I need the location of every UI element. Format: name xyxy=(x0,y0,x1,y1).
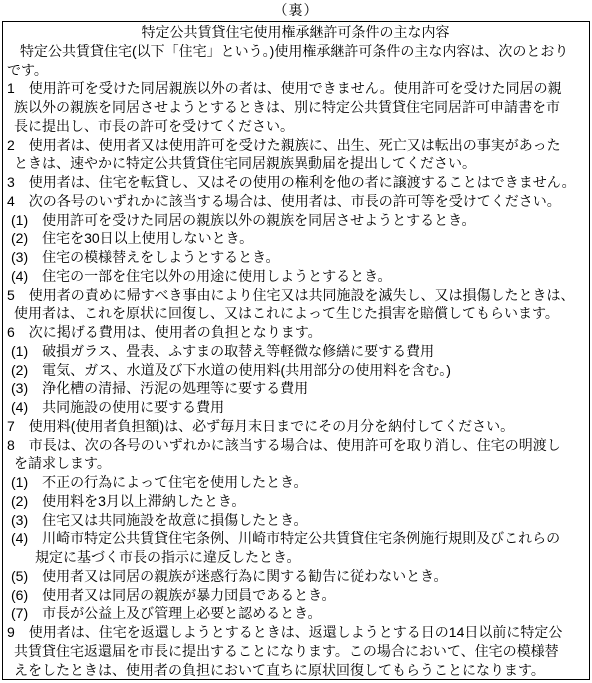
doc-line: 7 使用料(使用者負担額)は、必ず毎月末日までにその月分を納付してください。 xyxy=(5,417,586,436)
doc-line: ときは、速やかに特定公共賃貸住宅同居親族異動届を提出してください。 xyxy=(5,154,586,173)
doc-line: (1) 不正の行為によって住宅を使用したとき。 xyxy=(5,473,586,492)
doc-line: (6) 使用者又は同居の親族が暴力団員であるとき。 xyxy=(5,586,586,605)
doc-line: (2) 住宅を30日以上使用しないとき。 xyxy=(5,229,586,248)
doc-line: (2) 使用料を3月以上滞納したとき。 xyxy=(5,492,586,511)
doc-line: (4) 共同施設の使用に要する費用 xyxy=(5,398,586,417)
doc-line: (1) 破損ガラス、畳表、ふすまの取替え等軽微な修繕に要する費用 xyxy=(5,342,586,361)
doc-line: (3) 住宅の模様替えをしようとするとき。 xyxy=(5,248,586,267)
doc-line: 2 使用者は、使用者又は使用許可を受けた親族に、出生、死亡又は転出の事実があった xyxy=(5,136,586,155)
doc-line: を請求します。 xyxy=(5,454,586,473)
doc-line: (4) 川崎市特定公共賃貸住宅条例、川崎市特定公共賃貸住宅条例施行規則及びこれら… xyxy=(5,529,586,548)
doc-line: 規定に基づく市長の指示に違反したとき。 xyxy=(5,548,586,567)
doc-line: 6 次に掲げる費用は、使用者の負担となります。 xyxy=(5,323,586,342)
conditions-box: 特定公共賃貸住宅使用権承継許可条件の主な内容 特定公共賃貸住宅(以下「住宅」とい… xyxy=(2,21,590,680)
doc-line: 族以外の親族を同居させようとするときは、別に特定公共賃貸住宅同居許可申請書を市 xyxy=(5,98,586,117)
doc-line: (7) 市長が公益上及び管理上必要と認めるとき。 xyxy=(5,604,586,623)
doc-line: 使用者は、これを原状に回復し、又はこれによって生じた損害を賠償してもらいます。 xyxy=(5,304,586,323)
doc-title: 特定公共賃貸住宅使用権承継許可条件の主な内容 xyxy=(5,23,586,42)
doc-line: 3 使用者は、住宅を転貸し、又はその使用の権利を他の者に譲渡することはできません… xyxy=(5,173,586,192)
doc-line: (1) 使用許可を受けた同居の親族以外の親族を同居させようとするとき。 xyxy=(5,211,586,230)
doc-line: 5 使用者の責めに帰すべき事由により住宅又は共同施設を滅失し、又は損傷したときは… xyxy=(5,286,586,305)
doc-line: 1 使用許可を受けた同居親族以外の者は、使用できません。使用許可を受けた同居の親 xyxy=(5,79,586,98)
doc-line: 9 使用者は、住宅を返還しようとするときは、返還しようとする日の14日以前に特定… xyxy=(5,623,586,642)
doc-line: 8 市長は、次の各号のいずれかに該当する場合は、使用許可を取り消し、住宅の明渡し xyxy=(5,436,586,455)
doc-line: (4) 住宅の一部を住宅以外の用途に使用しようとするとき。 xyxy=(5,267,586,286)
doc-line: (3) 住宅又は共同施設を故意に損傷したとき。 xyxy=(5,511,586,530)
doc-line: (5) 使用者又は同居の親族が迷惑行為に関する勧告に従わないとき。 xyxy=(5,567,586,586)
page-side-label: （裏） xyxy=(0,0,592,21)
doc-line: 共賃貸住宅返還届を市長に提出することになります。この場合において、住宅の模様替 xyxy=(5,642,586,661)
doc-line: (2) 電気、ガス、水道及び下水道の使用料(共用部分の使用料を含む。) xyxy=(5,361,586,380)
doc-line: (3) 浄化槽の清掃、汚泥の処理等に要する費用 xyxy=(5,379,586,398)
document-sheet: （裏） 特定公共賃貸住宅使用権承継許可条件の主な内容 特定公共賃貸住宅(以下「住… xyxy=(0,0,592,680)
doc-line: 特定公共賃貸住宅(以下「住宅」という。)使用権承継許可条件の主な内容は、次のとお… xyxy=(5,42,586,61)
doc-line: 4 次の各号のいずれかに該当する場合は、使用者は、市長の許可等を受けてください。 xyxy=(5,192,586,211)
doc-line: です。 xyxy=(5,61,586,80)
doc-line: えをしたときは、使用者の負担において直ちに原状回復してもらうことになります。 xyxy=(5,661,586,680)
doc-line: 長に提出し、市長の許可を受けてください。 xyxy=(5,117,586,136)
